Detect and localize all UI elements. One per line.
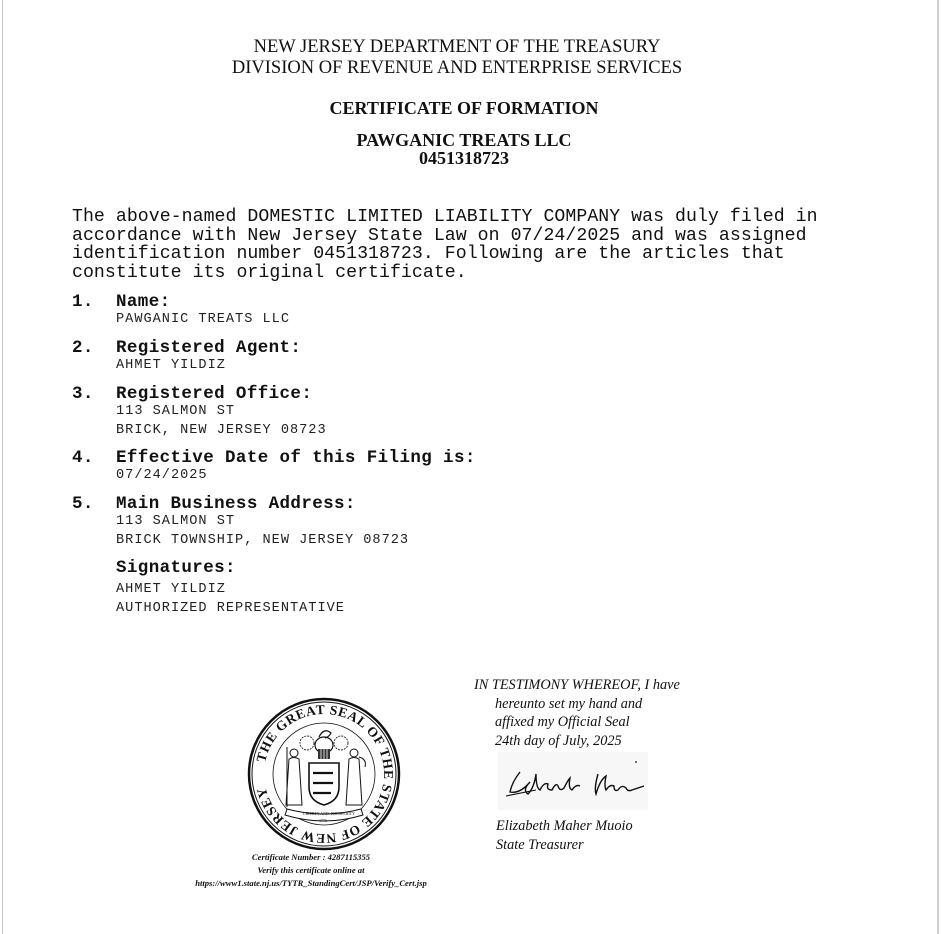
intro-line: accordance with New Jersey State Law on … xyxy=(72,226,807,246)
intro-paragraph: The above-named DOMESTIC LIMITED LIABILI… xyxy=(72,208,862,282)
article-label: Effective Date of this Filing is: xyxy=(116,448,476,468)
article-label: Registered Office: xyxy=(116,384,312,404)
testimony-line: affixed my Official Seal xyxy=(474,713,680,732)
article-number: 1. xyxy=(72,292,94,312)
article-value: BRICK, NEW JERSEY 08723 xyxy=(116,422,327,441)
division-heading: DIVISION OF REVENUE AND ENTERPRISE SERVI… xyxy=(0,58,914,79)
signer-title: AUTHORIZED REPRESENTATIVE xyxy=(116,600,345,619)
intro-line: identification number 0451318723. Follow… xyxy=(72,244,785,264)
testimony-line: hereunto set my hand and xyxy=(474,695,680,714)
article-value: BRICK TOWNSHIP, NEW JERSEY 08723 xyxy=(116,532,409,551)
signatory-title: State Treasurer xyxy=(496,836,633,855)
page-edge-right xyxy=(937,0,939,934)
treasurer-signature-icon xyxy=(498,752,648,810)
article-value: 113 SALMON ST xyxy=(116,403,235,422)
certificate-footer: Certificate Number : 4287115355 Verify t… xyxy=(170,851,452,890)
testimony-line: IN TESTIMONY WHEREOF, I have xyxy=(474,676,680,695)
article-label: Signatures: xyxy=(116,558,236,578)
signatory-block: Elizabeth Maher Muoio State Treasurer xyxy=(496,817,633,854)
article-label: Registered Agent: xyxy=(116,338,301,358)
article-label: Name: xyxy=(116,292,171,312)
svg-text:PROSPERITY: PROSPERITY xyxy=(331,811,355,816)
intro-line: constitute its original certificate. xyxy=(72,263,467,283)
great-seal-of-new-jersey-icon: THE GREAT SEAL OF THE STATE OF NEW JERSE… xyxy=(247,697,401,851)
document-title: CERTIFICATE OF FORMATION xyxy=(0,99,928,117)
svg-text:LIBERTY AND: LIBERTY AND xyxy=(303,811,329,816)
article-number: 3. xyxy=(72,384,94,404)
article-value: 07/24/2025 xyxy=(116,467,208,486)
article-number: 2. xyxy=(72,338,94,358)
svg-text:1776: 1776 xyxy=(319,818,327,823)
verify-url[interactable]: https://www1.state.nj.us/TYTR_StandingCe… xyxy=(170,877,452,890)
testimony-line: 24th day of July, 2025 xyxy=(474,732,680,751)
testimony-block: IN TESTIMONY WHEREOF, I have hereunto se… xyxy=(474,676,680,750)
signatory-name: Elizabeth Maher Muoio xyxy=(496,817,633,836)
department-heading: NEW JERSEY DEPARTMENT OF THE TREASURY xyxy=(0,37,914,58)
article-value: 113 SALMON ST xyxy=(116,513,235,532)
article-label: Main Business Address: xyxy=(116,494,356,514)
intro-line: The above-named DOMESTIC LIMITED LIABILI… xyxy=(72,207,818,227)
verify-text: Verify this certificate online at xyxy=(170,864,452,877)
article-value: PAWGANIC TREATS LLC xyxy=(116,311,290,330)
article-value: AHMET YILDIZ xyxy=(116,357,226,376)
signer-name: AHMET YILDIZ xyxy=(116,581,226,600)
certificate-number: Certificate Number : 4287115355 xyxy=(170,851,452,864)
company-name-heading: PAWGANIC TREATS LLC xyxy=(0,131,928,149)
article-number: 5. xyxy=(72,494,94,514)
company-id-heading: 0451318723 xyxy=(0,149,928,167)
article-number: 4. xyxy=(72,448,94,468)
